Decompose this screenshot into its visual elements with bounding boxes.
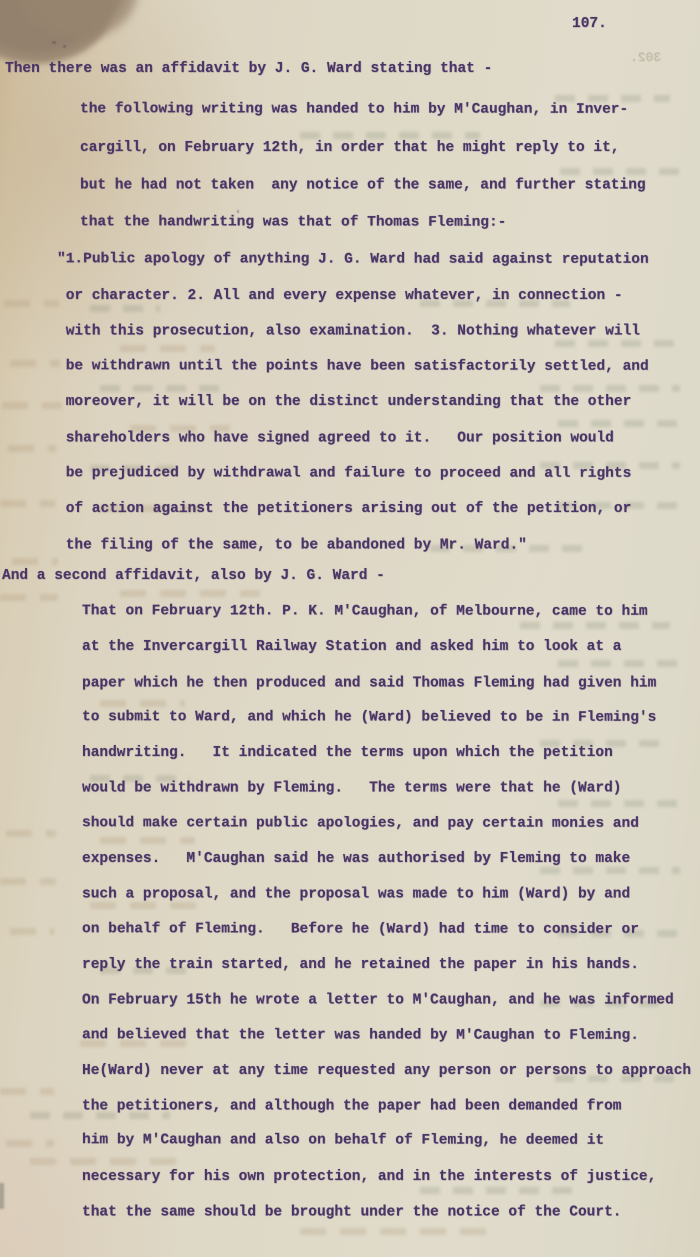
text-line: or character. 2. All and every expense w… <box>57 288 649 324</box>
text-line: the following writing was handed to him … <box>80 101 646 139</box>
bleed-through-smudge <box>8 445 56 452</box>
ink-speck <box>63 45 66 48</box>
text-line: cargill, on February 12th, in order that… <box>80 140 646 178</box>
bleed-through-smudge <box>0 878 56 885</box>
text-line: reply the train started, and he retained… <box>82 957 691 992</box>
text-line: He(Ward) never at any time requested any… <box>82 1063 691 1098</box>
quoted-writing-block: "1.Public apology of anything J. G. Ward… <box>57 252 649 572</box>
text-line: and believed that the letter was handed … <box>82 1027 691 1063</box>
text-line: the petitioners, and although the paper … <box>82 1099 691 1134</box>
text-line: at the Invercargill Railway Station and … <box>82 639 691 674</box>
bleed-through-smudge <box>0 500 55 507</box>
bleed-through-smudge <box>2 402 62 409</box>
text-line: be prejudiced by withdrawal and failure … <box>57 465 649 501</box>
text-line: that the handwriting was that of Thomas … <box>80 214 646 252</box>
text-line: with this prosecution, also examination.… <box>57 324 649 360</box>
corner-stain <box>0 0 112 64</box>
bleed-through-smudge <box>6 830 56 837</box>
text-line: be withdrawn until the points have been … <box>57 358 649 394</box>
page-number: 107. <box>572 16 607 32</box>
text-line: to submit to Ward, and which he (Ward) b… <box>82 709 691 745</box>
bleed-through-page-number: 302. <box>630 50 661 65</box>
affidavit-2-heading: And a second affidavit, also by J. G. Wa… <box>2 568 385 584</box>
text-line: but he had not taken any notice of the s… <box>80 178 646 216</box>
document-page: 302. 107. Then there was an affidavit by… <box>0 0 700 1257</box>
affidavit-1-heading: Then there was an affidavit by J. G. War… <box>5 61 492 77</box>
text-line: of action against the petitioners arisin… <box>57 501 649 537</box>
text-line: him by M'Caughan and also on behalf of F… <box>82 1133 691 1169</box>
bleed-through-smudge <box>10 360 60 367</box>
bleed-through-smudge <box>10 928 54 935</box>
text-line: that the same should be brought under th… <box>82 1205 691 1240</box>
text-line: such a proposal, and the proposal was ma… <box>82 887 691 922</box>
corner-stain <box>18 0 138 40</box>
text-line: moreover, it will be on the distinct und… <box>57 394 649 430</box>
text-line: on behalf of Fleming. Before he (Ward) h… <box>82 921 691 957</box>
bleed-through-smudge <box>12 558 58 565</box>
bleed-through-smudge <box>6 1140 54 1147</box>
text-line: On February 15th he wrote a letter to M'… <box>82 993 691 1028</box>
bleed-through-smudge <box>0 594 58 601</box>
edge-smudge <box>0 1183 4 1209</box>
affidavit-2-body: That on February 12th. P. K. M'Caughan, … <box>82 604 691 1239</box>
text-line: shareholders who have signed agreed to i… <box>57 431 649 467</box>
affidavit-1-body: the following writing was handed to him … <box>80 102 646 252</box>
bleed-through-smudge <box>4 300 59 307</box>
text-line: expenses. M'Caughan said he was authoris… <box>82 851 691 886</box>
text-line: "1.Public apology of anything J. G. Ward… <box>57 251 649 287</box>
bleed-through-smudge <box>0 1088 54 1095</box>
ink-speck <box>52 41 56 44</box>
text-line: should make certain public apologies, an… <box>82 815 691 851</box>
bleed-through-smudge <box>120 590 260 597</box>
text-line: would be withdrawn by Fleming. The terms… <box>82 781 691 816</box>
text-line: That on February 12th. P. K. M'Caughan, … <box>82 603 691 639</box>
text-line: handwriting. It indicated the terms upon… <box>82 745 691 780</box>
text-line: necessary for his own protection, and in… <box>82 1169 691 1204</box>
text-line: paper which he then produced and said Th… <box>82 675 691 710</box>
